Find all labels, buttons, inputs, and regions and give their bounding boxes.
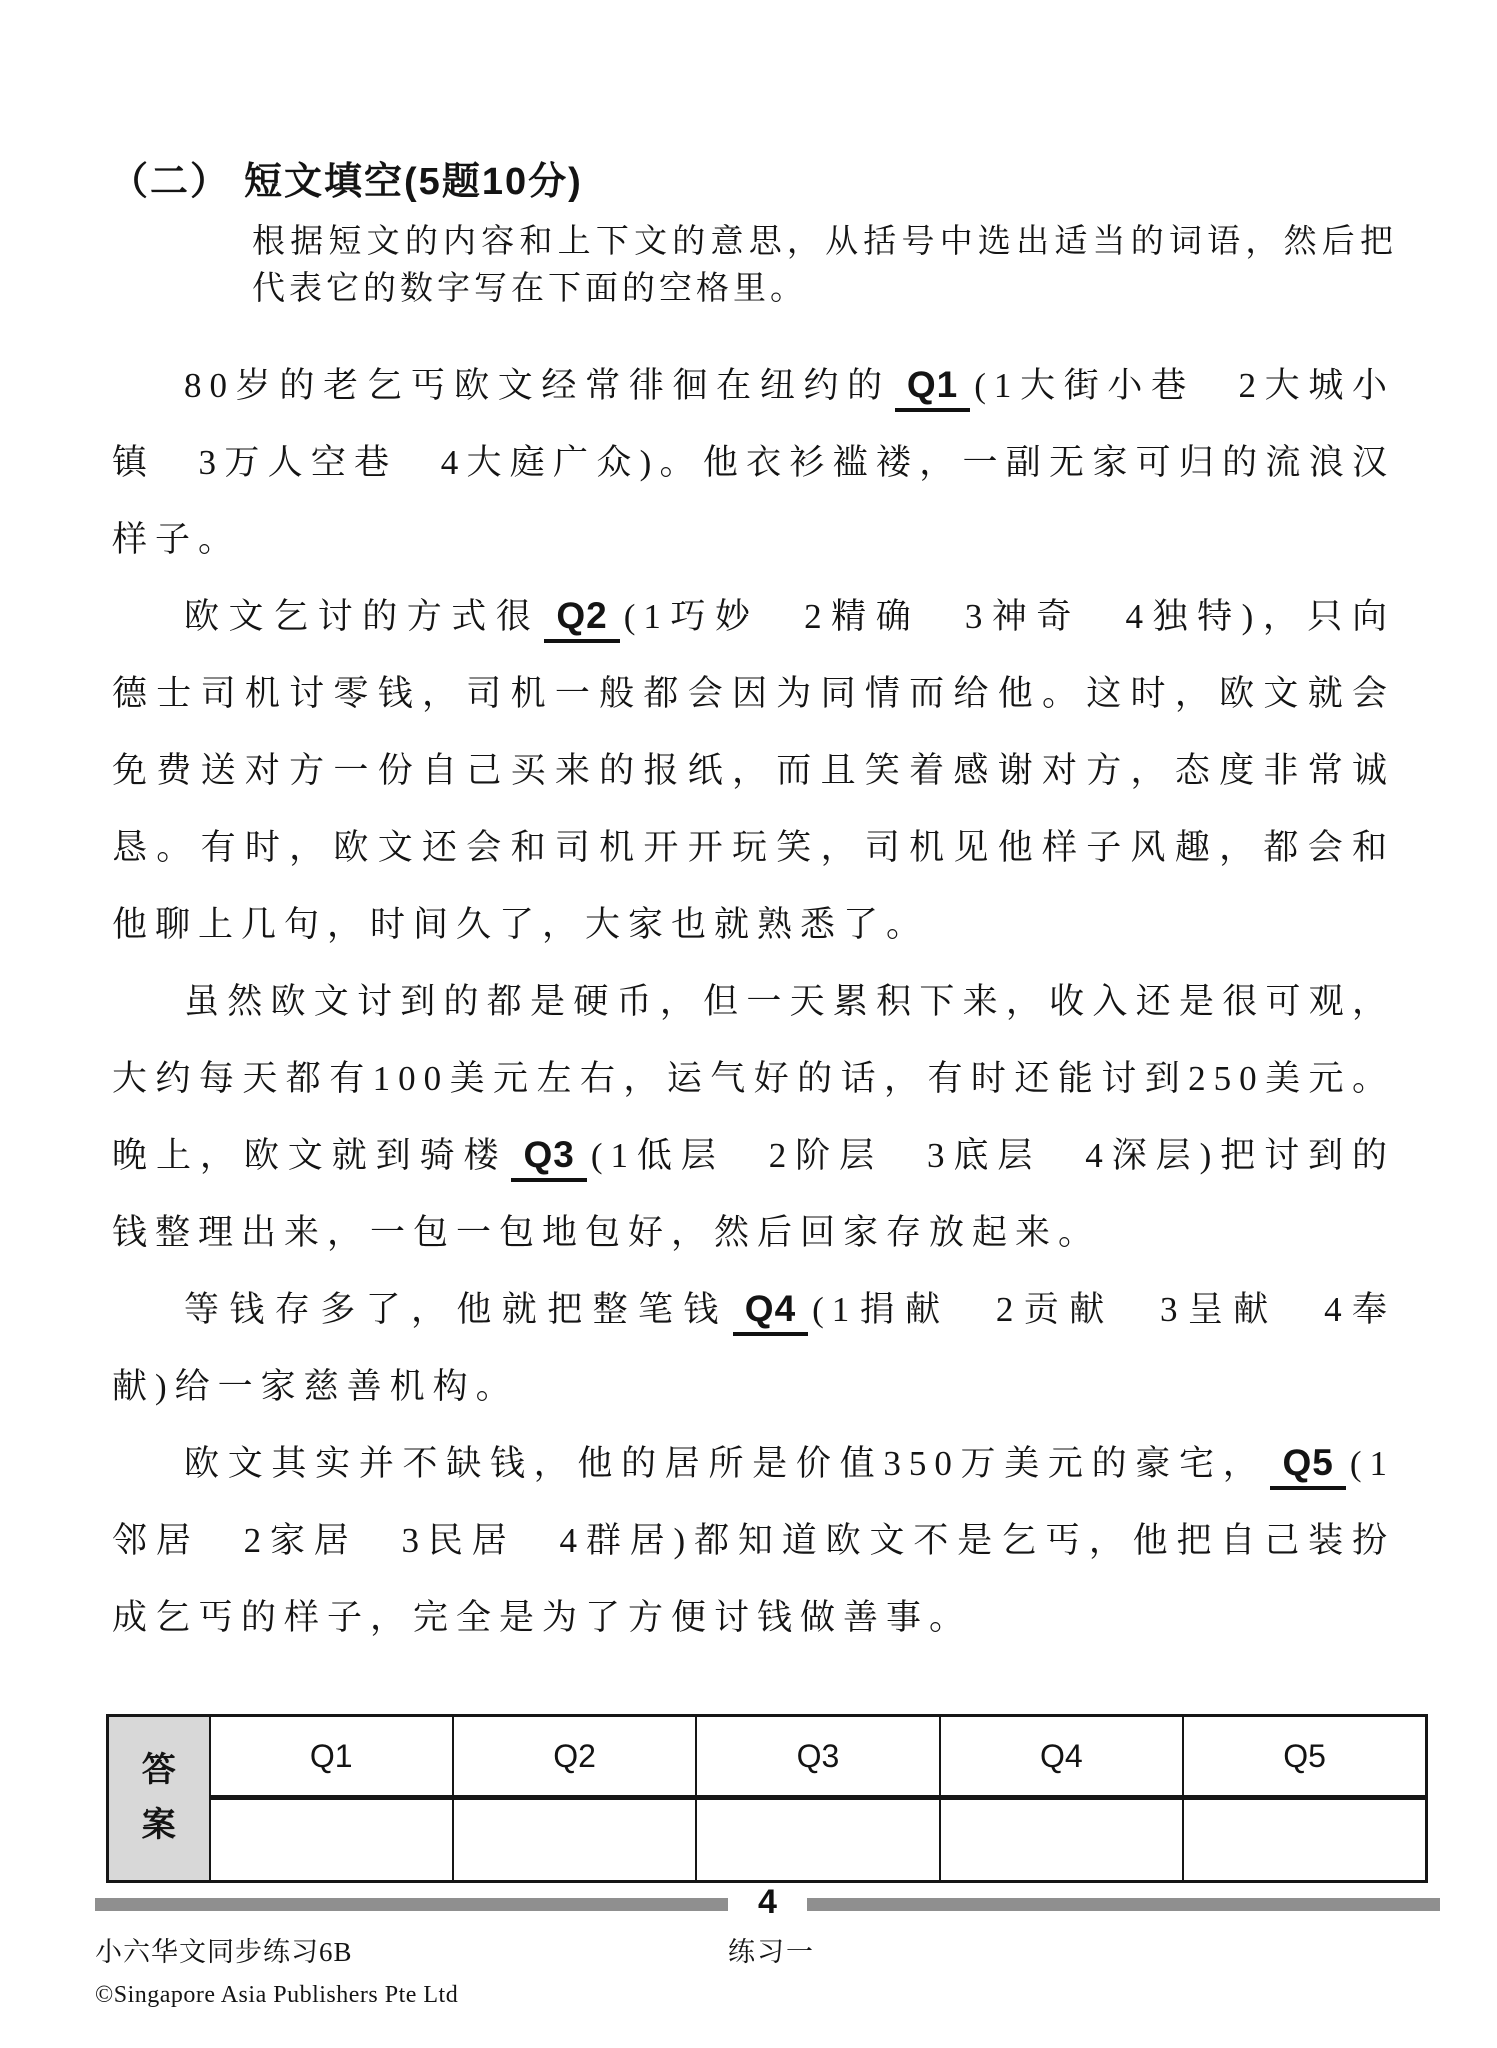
page-number: 4 bbox=[758, 1883, 777, 1922]
worksheet-page: （二）短文填空(5题10分) 根据短文的内容和上下文的意思，从括号中选出适当的词… bbox=[0, 0, 1497, 2048]
footer-copyright: ©Singapore Asia Publishers Pte Ltd bbox=[95, 1982, 458, 2009]
blank-q5-label: Q5 bbox=[1282, 1442, 1333, 1483]
answer-cell-q2 bbox=[453, 1798, 696, 1882]
answer-table-blank-row bbox=[108, 1798, 1427, 1882]
paragraph-2: 欧文乞讨的方式很Q2(1巧妙 2精确 3神奇 4独特)，只向德士司机讨零钱，司机… bbox=[112, 578, 1395, 963]
paragraph-2-text: 欧文乞讨的方式很 bbox=[184, 597, 540, 636]
page-bar-right bbox=[807, 1898, 1440, 1911]
answer-header-q1: Q1 bbox=[210, 1716, 453, 1798]
blank-q1: Q1 bbox=[895, 363, 970, 412]
answer-table-header-row: 答案 Q1 Q2 Q3 Q4 Q5 bbox=[108, 1716, 1427, 1798]
blank-q2: Q2 bbox=[544, 594, 619, 643]
blank-q4: Q4 bbox=[733, 1287, 808, 1336]
answer-cell-q1 bbox=[210, 1798, 453, 1882]
instructions-text: 根据短文的内容和上下文的意思，从括号中选出适当的词语，然后把代表它的数字写在下面… bbox=[252, 219, 1397, 313]
paragraph-2-options: (1巧妙 2精确 3神奇 4独特)，只向德士司机讨零钱，司机一般都会因为同情而给… bbox=[112, 597, 1395, 944]
section-heading: （二）短文填空(5题10分) bbox=[110, 150, 1497, 205]
paragraph-3: 虽然欧文讨到的都是硬币，但一天累积下来，收入还是很可观，大约每天都有100美元左… bbox=[112, 963, 1395, 1271]
answer-cell-q5 bbox=[1183, 1798, 1426, 1882]
paragraph-5: 欧文其实并不缺钱，他的居所是价值350万美元的豪宅，Q5(1邻居 2家居 3民居… bbox=[112, 1425, 1395, 1656]
blank-q4-label: Q4 bbox=[745, 1288, 796, 1329]
answer-cell-q4 bbox=[940, 1798, 1183, 1882]
paragraph-5-text: 欧文其实并不缺钱，他的居所是价值350万美元的豪宅， bbox=[184, 1444, 1266, 1483]
answer-header-q4: Q4 bbox=[940, 1716, 1183, 1798]
page-bar-left bbox=[95, 1898, 728, 1911]
passage: 80岁的老乞丐欧文经常徘徊在纽约的Q1(1大街小巷 2大城小镇 3万人空巷 4大… bbox=[112, 347, 1395, 1656]
paragraph-4: 等钱存多了，他就把整笔钱Q4(1捐献 2贡献 3呈献 4奉献)给一家慈善机构。 bbox=[112, 1271, 1395, 1425]
answer-table-label-cell: 答案 bbox=[108, 1716, 210, 1882]
paragraph-1-text: 80岁的老乞丐欧文经常徘徊在纽约的 bbox=[184, 366, 891, 405]
blank-q5: Q5 bbox=[1270, 1441, 1345, 1490]
footer-book-title: 小六华文同步练习6B bbox=[95, 1930, 353, 1969]
answer-cell-q3 bbox=[696, 1798, 939, 1882]
section-score: (5题10分) bbox=[404, 161, 583, 203]
page-number-bar: 4 bbox=[95, 1885, 1440, 1924]
blank-q1-label: Q1 bbox=[907, 364, 958, 405]
blank-q3-label: Q3 bbox=[523, 1134, 574, 1175]
footer-exercise-label: 练习一 bbox=[728, 1930, 815, 1969]
paragraph-4-text: 等钱存多了，他就把整笔钱 bbox=[184, 1290, 729, 1329]
blank-q3: Q3 bbox=[511, 1133, 586, 1182]
answer-header-q3: Q3 bbox=[696, 1716, 939, 1798]
paragraph-1: 80岁的老乞丐欧文经常徘徊在纽约的Q1(1大街小巷 2大城小镇 3万人空巷 4大… bbox=[112, 347, 1395, 578]
answer-header-q5: Q5 bbox=[1183, 1716, 1426, 1798]
section-title: 短文填空 bbox=[244, 161, 404, 203]
blank-q2-label: Q2 bbox=[556, 595, 607, 636]
answer-table-label: 答案 bbox=[140, 1744, 178, 1853]
answer-table: 答案 Q1 Q2 Q3 Q4 Q5 bbox=[106, 1714, 1428, 1883]
answer-header-q2: Q2 bbox=[453, 1716, 696, 1798]
section-label: （二） bbox=[110, 161, 230, 203]
